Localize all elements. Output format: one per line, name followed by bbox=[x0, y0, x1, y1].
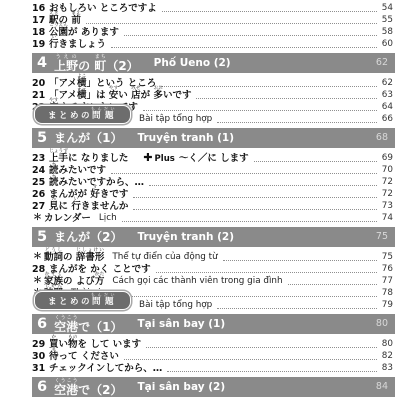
matome-mondai-badge: まとめの問題もんだい bbox=[34, 291, 131, 310]
furigana: よこ bbox=[77, 74, 87, 79]
dotted-leader bbox=[162, 11, 377, 12]
section-title-jp: まんが（1） bbox=[54, 132, 122, 144]
star-mark: ＊ bbox=[33, 214, 42, 223]
entry-page-number: 70 bbox=[380, 166, 393, 175]
furigana: じかん bbox=[44, 284, 63, 289]
furigana: い bbox=[49, 35, 59, 40]
entry-title-vi: Lịch bbox=[99, 214, 117, 223]
section-page-number: 68 bbox=[376, 133, 388, 143]
section-title-jp: 上野うえのの 町まち（2） bbox=[54, 54, 139, 72]
entry-page-number: 69 bbox=[380, 154, 393, 163]
ruby-word: 待ま bbox=[49, 351, 59, 362]
section-header: 5まんが（2）Truyện tranh (2)75 bbox=[32, 227, 395, 247]
dotted-leader bbox=[111, 47, 377, 48]
dotted-leader bbox=[217, 308, 377, 309]
section-number: 5 bbox=[37, 131, 47, 146]
entry-page-number: 76 bbox=[380, 265, 393, 274]
toc-row: ＊カレンダーLịch74 bbox=[32, 211, 395, 223]
plus-label: Plus bbox=[155, 155, 175, 164]
entry-number: 27 bbox=[32, 202, 45, 212]
furigana: かぞく bbox=[44, 272, 63, 277]
furigana: じょうず bbox=[49, 149, 68, 154]
text-segment: きませんか bbox=[81, 201, 129, 212]
text-segment: で（2） bbox=[78, 383, 122, 397]
dotted-leader bbox=[254, 161, 377, 162]
text-segment: まとめの bbox=[48, 111, 92, 121]
section-page-number: 84 bbox=[376, 382, 388, 392]
entry-page-number: 54 bbox=[380, 4, 393, 13]
furigana: どうし bbox=[44, 248, 63, 253]
ruby-word: 問題もんだい bbox=[92, 297, 117, 307]
furigana: やす bbox=[49, 98, 59, 103]
dotted-leader bbox=[288, 284, 377, 285]
entry-title-vi: Thể tự điển của động từ bbox=[112, 253, 217, 262]
ruby-base: 問題 bbox=[91, 297, 117, 307]
entry-number: 16 bbox=[32, 4, 45, 14]
toc-row: 16おもしろい ところですよ54 bbox=[32, 1, 395, 13]
ruby-word: 問題もんだい bbox=[92, 111, 117, 121]
furigana: い bbox=[71, 197, 81, 202]
section-page-number: 80 bbox=[376, 319, 388, 329]
furigana: よこ bbox=[77, 86, 87, 91]
section-subtitle-vi: Tại sân bay (1) bbox=[137, 318, 225, 330]
entry-page-number: 62 bbox=[380, 79, 393, 88]
entry-number: 30 bbox=[32, 352, 45, 362]
entry-page-number: 64 bbox=[380, 103, 393, 112]
furigana: くうこう bbox=[54, 378, 78, 384]
text-segment: の よび bbox=[63, 276, 95, 287]
ruby-base: 待 bbox=[49, 351, 59, 362]
section-page-number: 62 bbox=[376, 58, 388, 68]
furigana: まち bbox=[94, 54, 106, 60]
ruby-word: 多おお bbox=[153, 90, 163, 101]
furigana: おお bbox=[153, 86, 163, 91]
dotted-leader bbox=[149, 185, 377, 186]
furigana: こうえん bbox=[49, 23, 68, 28]
entry-number: 17 bbox=[32, 16, 45, 26]
dotted-leader bbox=[117, 296, 377, 297]
dotted-leader bbox=[156, 272, 377, 273]
ruby-base: 行 bbox=[49, 39, 59, 50]
ruby-word: 行い bbox=[49, 39, 59, 50]
entry-page-number: 58 bbox=[380, 28, 393, 37]
furigana: まえ bbox=[71, 11, 81, 16]
ruby-word: 辞書形じしょけい bbox=[76, 252, 105, 263]
dotted-leader bbox=[122, 221, 377, 222]
furigana: もんだい bbox=[91, 106, 117, 111]
ruby-word: 動詞どうし bbox=[44, 252, 63, 263]
section-header: 5まんが（1）Truyện tranh (1)68 bbox=[32, 128, 395, 148]
furigana: す bbox=[90, 185, 100, 190]
entry-page-number: 77 bbox=[380, 277, 393, 286]
furigana: か bbox=[49, 335, 59, 340]
furigana: もんだい bbox=[91, 292, 117, 297]
dotted-leader bbox=[124, 35, 377, 36]
entry-number: 23 bbox=[32, 154, 45, 164]
dotted-leader bbox=[111, 173, 377, 174]
section-title-jp: まんが（2） bbox=[54, 231, 122, 243]
entry-number: 21 bbox=[32, 91, 45, 101]
text-segment: が bbox=[141, 90, 154, 101]
text-segment: きましょう bbox=[59, 39, 107, 50]
entry-page-number: 55 bbox=[380, 16, 393, 25]
toc-row: ＊動詞どうしの 辞書形じしょけいThể tự điển của động từ7… bbox=[32, 250, 395, 262]
entry-page-number: 75 bbox=[380, 253, 393, 262]
entry-title-jp: 待まって ください bbox=[49, 347, 119, 362]
entry-number: 29 bbox=[32, 340, 45, 350]
entry-title-jp: 動詞どうしの 辞書形じしょけい bbox=[44, 248, 104, 263]
section-header: 4上野うえのの 町まち（2）Phố Ueno (2)62 bbox=[32, 53, 395, 73]
dotted-leader bbox=[124, 359, 377, 360]
section-number: 6 bbox=[37, 380, 47, 395]
dotted-leader bbox=[133, 197, 377, 198]
section-subtitle-vi: Truyện tranh (1) bbox=[137, 132, 234, 144]
entry-page-number: 72 bbox=[380, 178, 393, 187]
furigana: やす bbox=[109, 86, 119, 91]
entry-title-jp: 見みに 行いきませんか bbox=[49, 197, 128, 212]
ruby-word: 見み bbox=[49, 201, 59, 212]
section-number: 6 bbox=[37, 317, 47, 332]
toc-row: 31チェックインしてから、…83 bbox=[32, 361, 395, 373]
entry-number: 19 bbox=[32, 40, 45, 50]
star-mark: ＊ bbox=[33, 253, 42, 262]
section-subtitle-vi: Tại sân bay (2) bbox=[137, 381, 225, 393]
entry-page-number: 79 bbox=[380, 301, 393, 310]
ruby-base: 行 bbox=[71, 201, 81, 212]
ruby-base: 見 bbox=[49, 201, 59, 212]
furigana: よ bbox=[49, 173, 59, 178]
text-segment: まんが（1） bbox=[54, 131, 122, 145]
plus-pattern: ～く／に します bbox=[179, 154, 249, 164]
entry-page-number: 83 bbox=[380, 364, 393, 373]
plus-annotation: ✚Plus～く／に します bbox=[143, 153, 248, 163]
plus-icon: ✚ bbox=[143, 153, 152, 163]
furigana: ま bbox=[49, 347, 59, 352]
entry-number: 25 bbox=[32, 178, 45, 188]
text-segment: まんが（2） bbox=[54, 230, 122, 244]
ruby-base: 動詞 bbox=[44, 252, 63, 263]
entry-page-number: 74 bbox=[380, 214, 393, 223]
ruby-base: 空港 bbox=[54, 383, 78, 397]
ruby-base: 多 bbox=[153, 90, 163, 101]
text-segment: チェックインしてから、… bbox=[49, 363, 162, 374]
section-subtitle-vi: Truyện tranh (2) bbox=[137, 231, 234, 243]
dotted-leader bbox=[86, 23, 377, 24]
furigana: じしょけい bbox=[76, 248, 105, 253]
toc-row: ＊家族かぞくの よび方かたCách gọi các thành viên tro… bbox=[32, 274, 395, 286]
furigana: み bbox=[49, 197, 59, 202]
entry-page-number: 72 bbox=[380, 190, 393, 199]
ruby-base: 問題 bbox=[91, 111, 117, 121]
toc-row: まとめの問題もんだいBài tập tổng hợp79 bbox=[32, 298, 395, 310]
section-subtitle-vi: Phố Ueno (2) bbox=[154, 57, 231, 69]
dotted-leader bbox=[143, 110, 377, 111]
section-header: 6空港くうこうで（2）Tại sân bay (2)84 bbox=[32, 377, 395, 397]
entry-number: 20 bbox=[32, 79, 45, 89]
entry-number: 26 bbox=[32, 190, 45, 200]
ruby-base: 方 bbox=[95, 276, 105, 287]
furigana: もの bbox=[68, 335, 78, 340]
entry-number: 24 bbox=[32, 166, 45, 176]
dotted-leader bbox=[196, 98, 377, 99]
entry-page-number: 60 bbox=[380, 40, 393, 49]
furigana: えき bbox=[49, 11, 59, 16]
entry-page-number: 82 bbox=[380, 352, 393, 361]
matome-mondai-badge: まとめの問題もんだい bbox=[34, 105, 131, 124]
text-segment: に bbox=[59, 201, 72, 212]
furigana: よ bbox=[49, 161, 59, 166]
entry-page-number: 80 bbox=[380, 340, 393, 349]
entry-page-number: 73 bbox=[380, 202, 393, 211]
entry-title-vi: Bài tập tổng hợp bbox=[139, 115, 212, 124]
ruby-word: 方かた bbox=[95, 276, 105, 287]
section-number: 5 bbox=[37, 230, 47, 245]
section-title-jp: 空港くうこうで（2） bbox=[54, 378, 122, 396]
text-segment: で（1） bbox=[78, 320, 122, 334]
ruby-word: 空港くうこう bbox=[54, 383, 78, 397]
text-segment: の bbox=[78, 59, 94, 73]
furigana: みせ bbox=[131, 86, 141, 91]
toc-row: 27見みに 行いきませんか73 bbox=[32, 199, 395, 211]
entry-number: 31 bbox=[32, 364, 45, 374]
toc-row: 30待まって ください82 bbox=[32, 349, 395, 361]
text-segment: カレンダー bbox=[44, 213, 91, 224]
ruby-base: 上野 bbox=[54, 59, 78, 73]
entry-title-jp: カレンダー bbox=[44, 214, 91, 224]
text-segment: まとめの bbox=[48, 297, 92, 307]
dotted-leader bbox=[161, 86, 377, 87]
ruby-word: 町まち bbox=[94, 59, 106, 73]
dotted-leader bbox=[217, 122, 377, 123]
entry-number: 18 bbox=[32, 28, 45, 38]
section-header: 6空港くうこうで（1）Tại sân bay (1)80 bbox=[32, 314, 395, 334]
toc-list: 16おもしろい ところですよ5417駅えきの 前まえ5518公園こうえんが あり… bbox=[32, 1, 395, 397]
toc-row: 19行いきましょう60 bbox=[32, 37, 395, 49]
ruby-word: 上野うえの bbox=[54, 59, 78, 73]
toc-row: まとめの問題もんだいBài tập tổng hợp66 bbox=[32, 112, 395, 124]
dotted-leader bbox=[223, 260, 377, 261]
entry-title-jp: チェックインしてから、… bbox=[49, 364, 162, 374]
entry-page-number: 66 bbox=[380, 115, 393, 124]
entry-title-jp: 行いきましょう bbox=[49, 35, 106, 50]
section-number: 4 bbox=[37, 56, 47, 71]
dotted-leader bbox=[167, 371, 377, 372]
ruby-base: 空港 bbox=[54, 320, 78, 334]
text-segment: の bbox=[63, 252, 76, 263]
star-mark: ＊ bbox=[33, 277, 42, 286]
text-segment: いです bbox=[163, 90, 192, 101]
furigana: うえの bbox=[54, 54, 78, 60]
section-page-number: 75 bbox=[376, 232, 388, 242]
ruby-word: 行い bbox=[71, 201, 81, 212]
entry-title-vi: Cách gọi các thành viên trong gia đình bbox=[112, 277, 282, 286]
dotted-leader bbox=[146, 347, 377, 348]
ruby-word: 空港くうこう bbox=[54, 320, 78, 334]
dotted-leader bbox=[133, 209, 377, 210]
section-title-jp: 空港くうこうで（1） bbox=[54, 315, 122, 333]
text-segment: （2） bbox=[106, 59, 138, 73]
furigana: くうこう bbox=[54, 315, 78, 321]
entry-page-number: 78 bbox=[380, 289, 393, 298]
ruby-base: 町 bbox=[94, 59, 106, 73]
furigana: かた bbox=[95, 272, 105, 277]
ruby-base: 辞書形 bbox=[76, 252, 105, 263]
entry-title-vi: Bài tập tổng hợp bbox=[139, 301, 212, 310]
text-segment: って ください bbox=[59, 351, 119, 362]
toc-page: 16おもしろい ところですよ5417駅えきの 前まえ5518公園こうえんが あり… bbox=[0, 0, 400, 400]
entry-page-number: 63 bbox=[380, 91, 393, 100]
